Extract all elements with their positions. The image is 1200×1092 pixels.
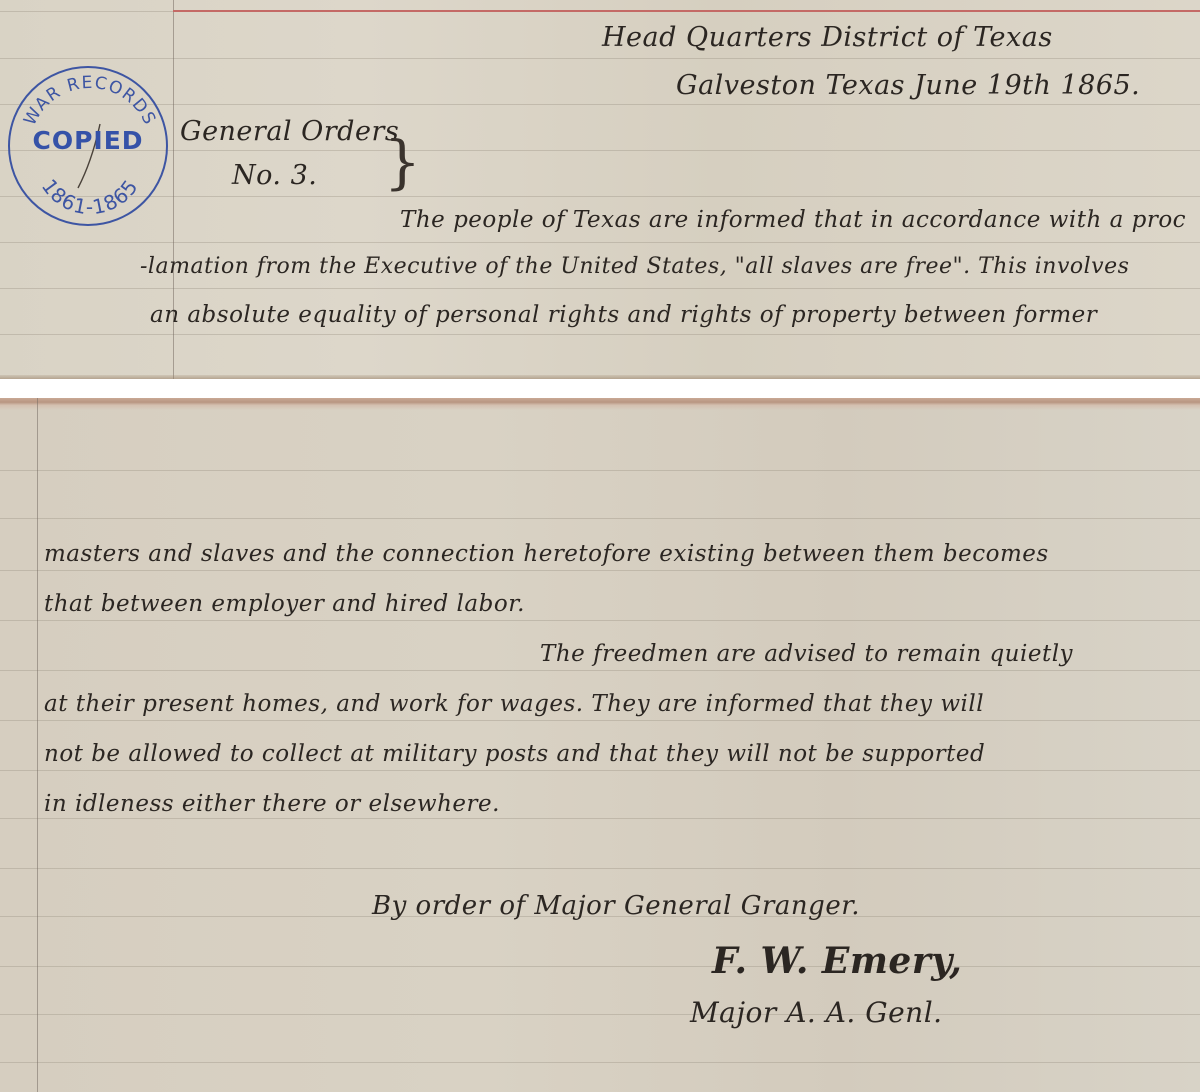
ledger-page-top: WAR RECORDS 1861-1865 COPIED Head Quarte… [0, 0, 1200, 379]
signature-title: Major A. A. Genl. [690, 996, 943, 1029]
stamp-top-text: WAR RECORDS [20, 73, 160, 129]
svg-text:WAR RECORDS: WAR RECORDS [20, 73, 160, 129]
body-line: that between employer and hired labor. [44, 591, 525, 617]
page-edge [0, 398, 1200, 410]
body-line: The people of Texas are informed that in… [400, 207, 1186, 233]
by-order-line: By order of Major General Granger. [372, 891, 860, 921]
page-edge [0, 375, 1200, 379]
stamp-center-text: COPIED [10, 126, 166, 155]
body-line: not be allowed to collect at military po… [44, 741, 985, 767]
body-line: in idleness either there or elsewhere. [44, 791, 500, 817]
order-label-line-1: General Orders [180, 116, 399, 147]
body-line: at their present homes, and work for wag… [44, 691, 984, 717]
war-records-copied-stamp: WAR RECORDS 1861-1865 COPIED [8, 66, 168, 226]
body-line: -lamation from the Executive of the Unit… [140, 254, 1129, 279]
header-line-2: Galveston Texas June 19th 1865. [676, 70, 1140, 101]
ledger-page-bottom: masters and slaves and the connection he… [0, 398, 1200, 1092]
order-label-line-2: No. 3. [232, 160, 317, 191]
signature: F. W. Emery, [712, 940, 962, 982]
stamp-bottom-text: 1861-1865 [37, 174, 143, 219]
header-line-1: Head Quarters District of Texas [602, 22, 1053, 53]
svg-text:1861-1865: 1861-1865 [37, 174, 143, 219]
brace-icon: } [384, 128, 421, 196]
body-line: The freedmen are advised to remain quiet… [540, 641, 1073, 667]
body-line: an absolute equality of personal rights … [150, 302, 1097, 328]
body-line: masters and slaves and the connection he… [44, 541, 1049, 567]
